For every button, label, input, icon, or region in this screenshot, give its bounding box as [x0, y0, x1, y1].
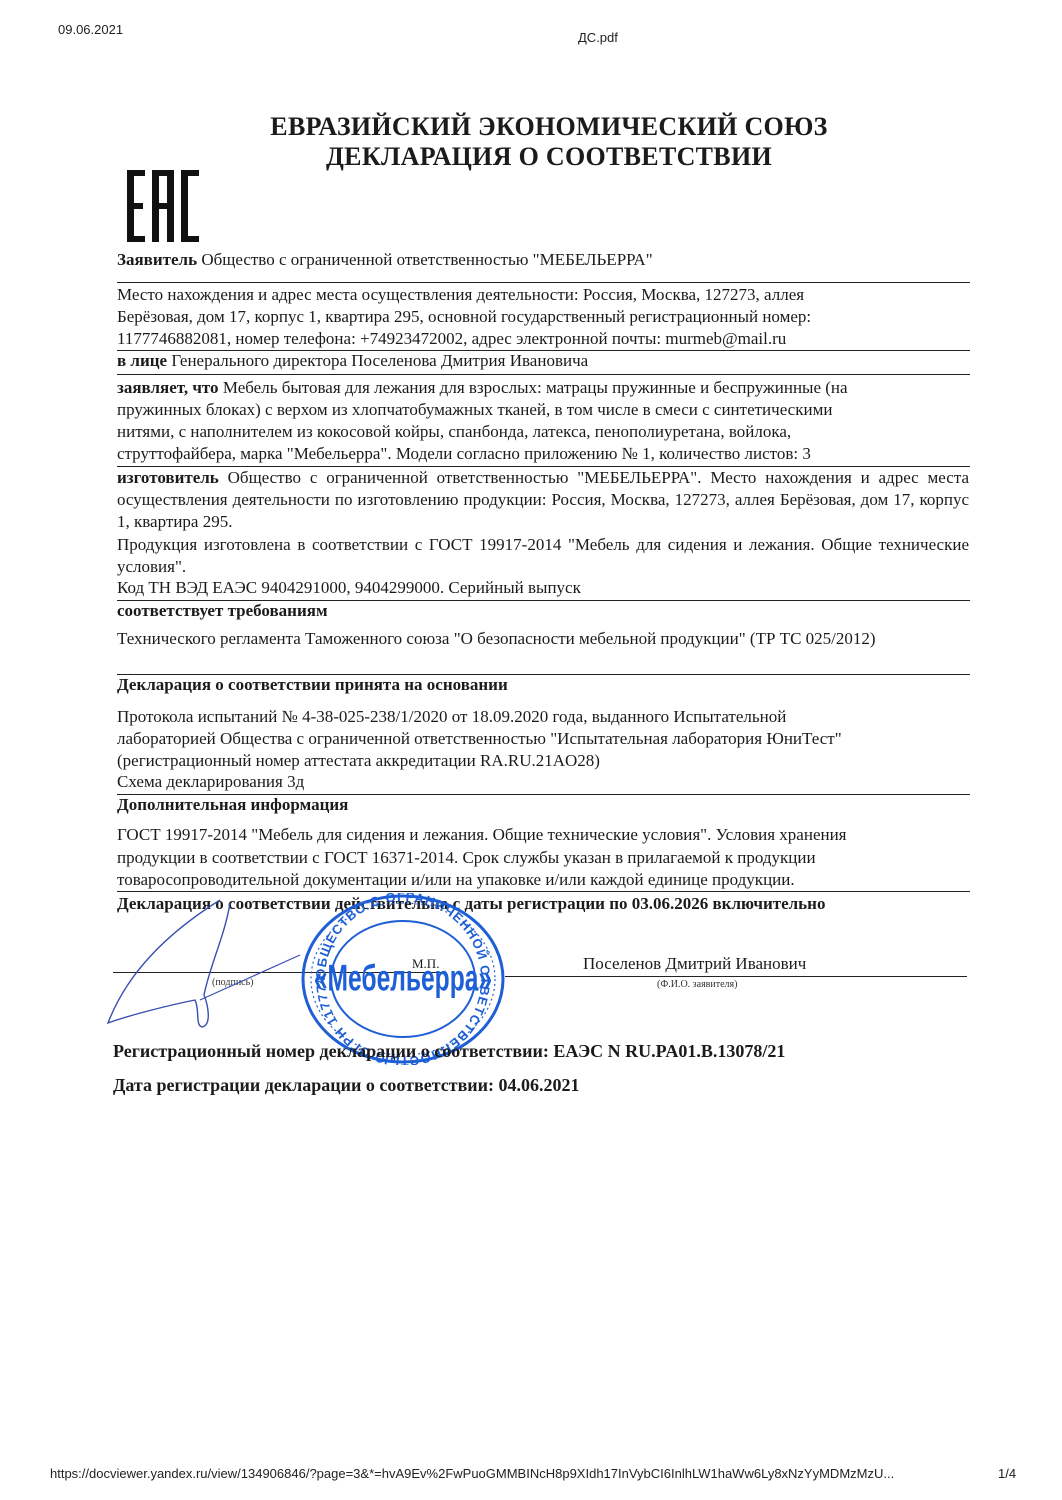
- applicant-value: Общество с ограниченной ответственностью…: [201, 250, 652, 269]
- declares-text: Мебель бытовая для лежания для взрослых:…: [223, 378, 848, 397]
- tn-ved-code: Код ТН ВЭД ЕАЭС 9404291000, 9404299000. …: [117, 577, 969, 599]
- stamp-center-text: «Мебельерра»: [314, 956, 492, 999]
- print-url: https://docviewer.yandex.ru/view/1349068…: [50, 1466, 980, 1481]
- additional-line-2: продукции в соответствии с ГОСТ 16371-20…: [117, 847, 969, 869]
- basis-line-3: (регистрационный номер аттестата аккреди…: [117, 750, 969, 772]
- represented-label: в лице: [117, 351, 167, 370]
- basis-label: Декларация о соответствии принята на осн…: [117, 674, 969, 696]
- union-title: ЕВРАЗИЙСКИЙ ЭКОНОМИЧЕСКИЙ СОЮЗ: [0, 112, 1062, 142]
- registration-number: Регистрационный номер декларации о соотв…: [113, 1040, 965, 1062]
- divider: [117, 374, 970, 375]
- name-line: [505, 976, 967, 977]
- address-line-2: Берёзовая, дом 17, корпус 1, квартира 29…: [117, 306, 969, 328]
- declaration-title: ДЕКЛАРАЦИЯ О СООТВЕТСТВИИ: [0, 142, 1062, 172]
- declares-line-4: струттофайбера, марка "Мебельерра". Моде…: [117, 443, 969, 465]
- page-indicator: 1/4: [998, 1466, 1016, 1481]
- manufacturer-gost: Продукция изготовлена в соответствии с Г…: [117, 534, 969, 578]
- print-file-name: ДС.pdf: [578, 30, 618, 45]
- divider: [117, 282, 970, 283]
- address-line-3: 1177746882081, номер телефона: +74923472…: [117, 328, 969, 350]
- print-date: 09.06.2021: [58, 22, 123, 37]
- complies-value: Технического регламента Таможенного союз…: [117, 628, 917, 650]
- applicant-row: Заявитель Общество с ограниченной ответс…: [117, 249, 969, 271]
- additional-label: Дополнительная информация: [117, 794, 969, 816]
- manufacturer-value: Общество с ограниченной ответственностью…: [117, 468, 969, 531]
- represented-row: в лице Генерального директора Поселенова…: [117, 350, 969, 372]
- basis-line-2: лабораторией Общества с ограниченной отв…: [117, 728, 969, 750]
- name-caption: (Ф.И.О. заявителя): [657, 979, 737, 990]
- signer-name: Поселенов Дмитрий Иванович: [583, 954, 806, 974]
- manufacturer-block: изготовитель Общество с ограниченной отв…: [117, 467, 969, 533]
- declares-label: заявляет, что: [117, 378, 219, 397]
- registration-date: Дата регистрации декларации о соответств…: [113, 1074, 965, 1096]
- eac-logo-icon: [127, 170, 199, 242]
- basis-line-1: Протокола испытаний № 4-38-025-238/1/202…: [117, 706, 969, 728]
- declares-line-1: заявляет, что Мебель бытовая для лежания…: [117, 377, 969, 399]
- additional-line-1: ГОСТ 19917-2014 "Мебель для сидения и ле…: [117, 824, 969, 846]
- address-line-1: Место нахождения и адрес места осуществл…: [117, 284, 969, 306]
- complies-label: соответствует требованиям: [117, 600, 969, 622]
- additional-line-3: товаросопроводительной документации и/ил…: [117, 869, 969, 891]
- declares-line-2: пружинных блоках) с верхом из хлопчатобу…: [117, 399, 969, 421]
- applicant-label: Заявитель: [117, 250, 197, 269]
- represented-value: Генерального директора Поселенова Дмитри…: [171, 351, 588, 370]
- declaration-scheme: Схема декларирования 3д: [117, 771, 969, 793]
- declares-line-3: нитями, с наполнителем из кокосовой койр…: [117, 421, 969, 443]
- manufacturer-label: изготовитель: [117, 468, 219, 487]
- divider: [117, 891, 970, 892]
